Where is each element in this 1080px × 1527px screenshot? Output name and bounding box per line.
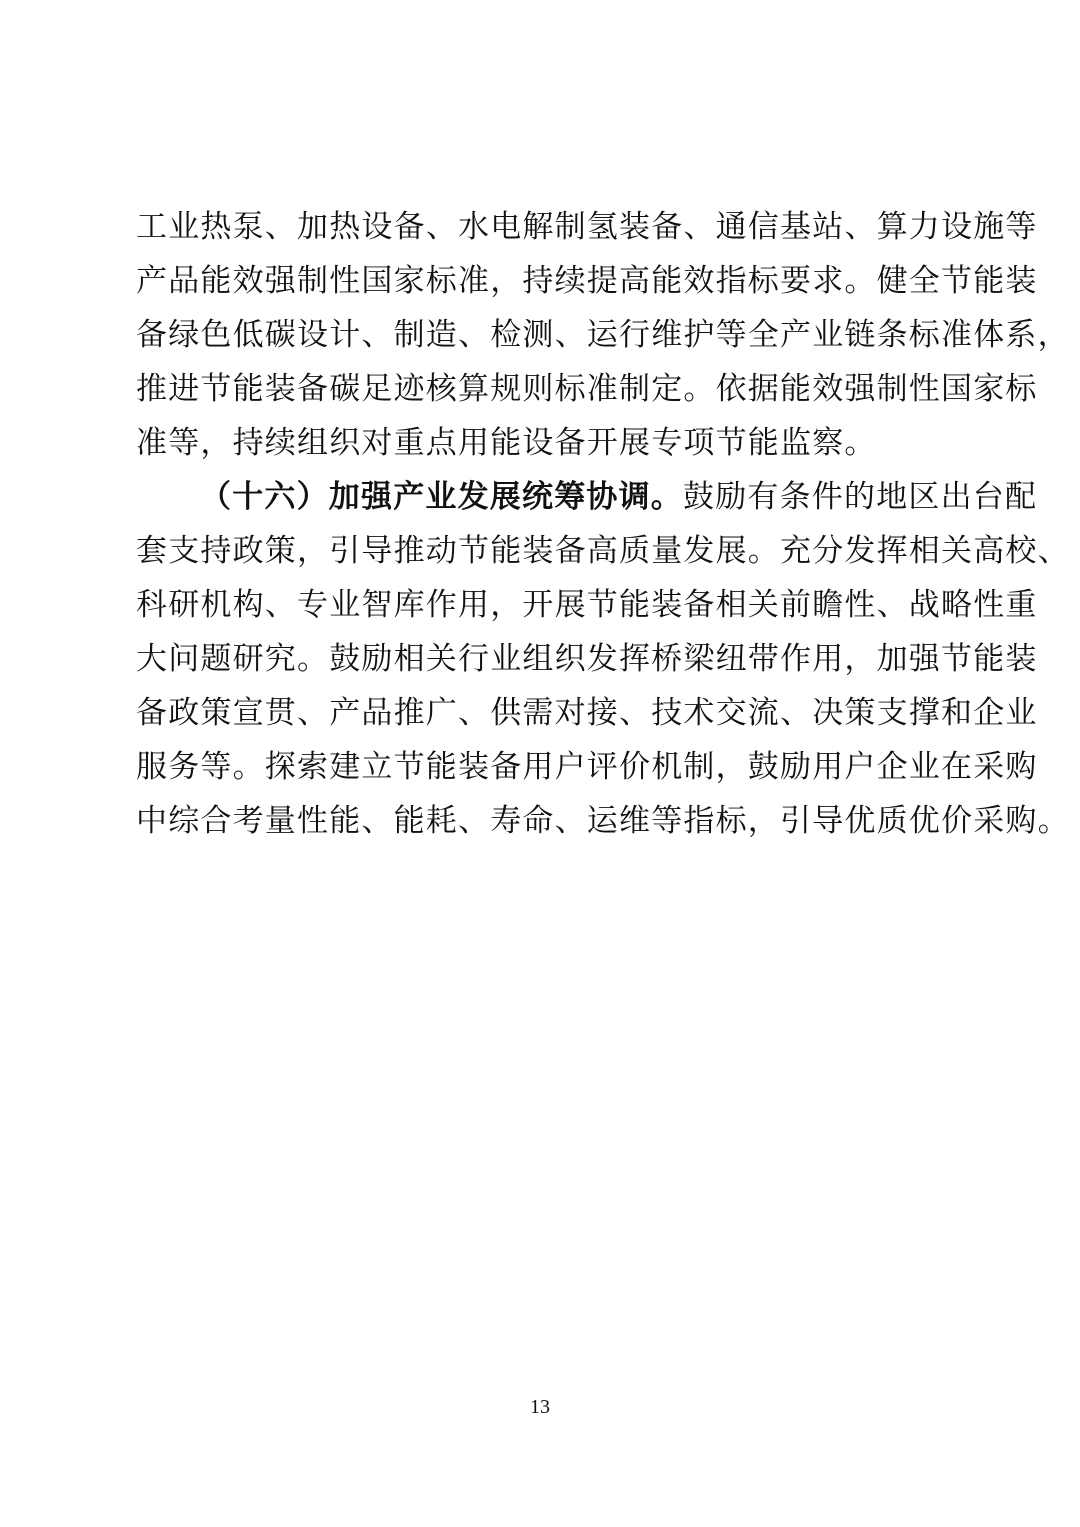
text-line: 推进节能装备碳足迹核算规则标准制定。依据能效强制性国家标 bbox=[136, 362, 946, 416]
text-line-first: （十六）加强产业发展统筹协调。鼓励有条件的地区出台配 bbox=[136, 470, 946, 524]
text-line: 大问题研究。鼓励相关行业组织发挥桥梁纽带作用，加强节能装 bbox=[136, 632, 946, 686]
text-line: 中综合考量性能、能耗、寿命、运维等指标，引导优质优价采购。 bbox=[136, 794, 946, 848]
paragraph-coordination: （十六）加强产业发展统筹协调。鼓励有条件的地区出台配 套支持政策，引导推动节能装… bbox=[136, 470, 946, 848]
text-line: 科研机构、专业智库作用，开展节能装备相关前瞻性、战略性重 bbox=[136, 578, 946, 632]
text-line: 准等，持续组织对重点用能设备开展专项节能监察。 bbox=[136, 416, 946, 470]
text-run: 鼓励有条件的地区出台配 bbox=[683, 479, 1037, 515]
text-line: 工业热泵、加热设备、水电解制氢装备、通信基站、算力设施等 bbox=[136, 200, 946, 254]
text-line: 产品能效强制性国家标准，持续提高能效指标要求。健全节能装 bbox=[136, 254, 946, 308]
text-line: 备政策宣贯、产品推广、供需对接、技术交流、决策支撑和企业 bbox=[136, 686, 946, 740]
text-line: 服务等。探索建立节能装备用户评价机制，鼓励用户企业在采购 bbox=[136, 740, 946, 794]
text-line: 备绿色低碳设计、制造、检测、运行维护等全产业链条标准体系， bbox=[136, 308, 946, 362]
paragraph-standards: 工业热泵、加热设备、水电解制氢装备、通信基站、算力设施等 产品能效强制性国家标准… bbox=[136, 200, 946, 470]
page-number: 13 bbox=[0, 1396, 1080, 1419]
document-body: 工业热泵、加热设备、水电解制氢装备、通信基站、算力设施等 产品能效强制性国家标准… bbox=[136, 200, 946, 848]
text-line: 套支持政策，引导推动节能装备高质量发展。充分发挥相关高校、 bbox=[136, 524, 946, 578]
section-heading: （十六）加强产业发展统筹协调。 bbox=[200, 479, 683, 515]
